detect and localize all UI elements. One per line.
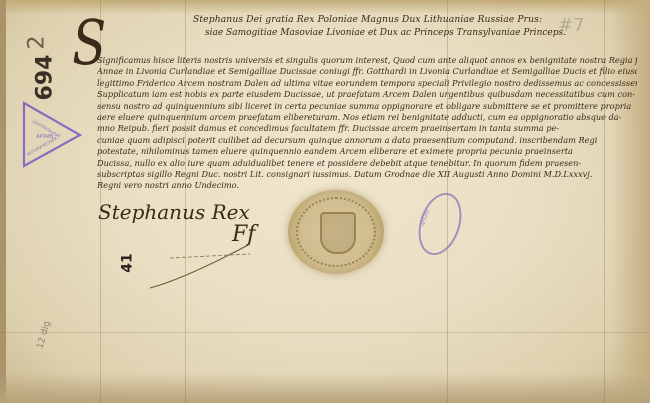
wax-seal xyxy=(288,190,384,274)
body-line: Significamus hisce literis nostris unive… xyxy=(97,55,637,66)
body-line: sensu nostro ad quinquennium sibi licere… xyxy=(97,101,637,112)
body-line: legittimo Friderico Arcem nostram Dalen … xyxy=(97,78,637,89)
royal-signature: Stephanus Rex xyxy=(98,200,250,224)
body-line: Regni vero nostri anno Undecimo. xyxy=(97,180,637,191)
body-line: cuniae quam adipisci poterit cuilibet ad… xyxy=(97,135,637,146)
title-line-1: Stephanus Dei gratia Rex Poloniae Magnus… xyxy=(193,14,542,25)
title-line-2: siae Samogitiae Masoviae Livoniae et Dux… xyxy=(205,28,566,38)
archive-stamp-oval: АРХИВ xyxy=(411,187,469,260)
manuscript-page: S Stephanus Dei gratia Rex Poloniae Magn… xyxy=(0,0,650,403)
body-line: Ducissa, nullo ex alio iure quam aduidua… xyxy=(97,158,637,169)
margin-number: 694 xyxy=(32,55,57,101)
pencil-note: 12 dig xyxy=(36,320,53,350)
paper-edge-bottom xyxy=(0,373,650,403)
paper-edge-left xyxy=(0,0,6,403)
seal-coat-of-arms-icon xyxy=(320,212,356,254)
body-line: aere eluere quinquennium arcem praefatam… xyxy=(97,112,637,123)
fold-line xyxy=(0,332,650,333)
body-line: potestate, nihilominus tamen eluere quin… xyxy=(97,146,637,157)
body-line: Supplicatum iam est nobis ex parte eiusd… xyxy=(97,89,637,100)
margin-number: 41 xyxy=(120,253,136,272)
faint-pencil-mark: #7 xyxy=(558,15,585,36)
signature-flourish xyxy=(140,240,260,290)
body-line: Annae in Livonia Curlandiae et Semigalli… xyxy=(97,66,637,77)
body-line: subscriptas sigillo Regni Duc. nostri Li… xyxy=(97,169,637,180)
margin-number: 2 xyxy=(25,36,50,50)
charter-body: Significamus hisce literis nostris unive… xyxy=(97,55,637,192)
archive-stamp-triangle: ЦЕНТРАЛЬНЫЙ АРХИВ ИСТОРИЧЕСКИЙ xyxy=(22,100,82,170)
body-line: mno Reipub. fieri possit damus et conced… xyxy=(97,123,637,134)
